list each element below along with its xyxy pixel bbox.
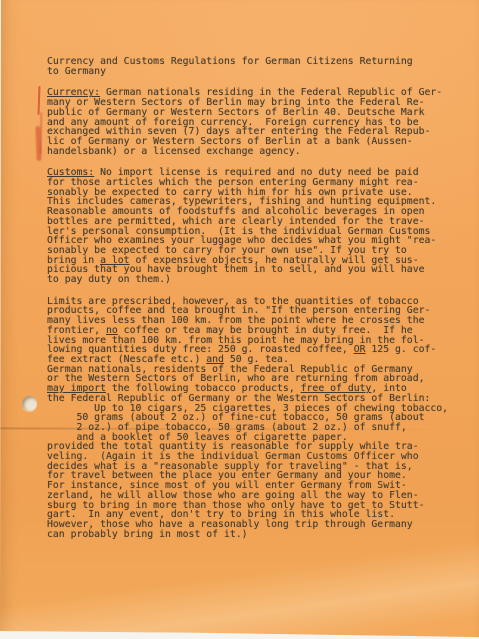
document-title: Currency and Customs Regulations for Ger… — [47, 57, 461, 76]
text-line: handelsbank) or a licensed exchange agen… — [47, 147, 461, 157]
document-body: Currency: German nationals residing in t… — [47, 88, 461, 539]
typewritten-text: Currency and Customs Regulations for Ger… — [47, 57, 461, 551]
limits-section: Limits are prescribed, however, as to th… — [47, 297, 461, 540]
text-line: can probably bring in most of it.) — [47, 530, 461, 540]
red-pencil-margin-mark — [37, 86, 40, 115]
title-line: Currency and Customs Regulations for Ger… — [47, 57, 461, 67]
currency-section: Currency: German nationals residing in t… — [47, 88, 461, 156]
punch-hole — [22, 396, 37, 411]
customs-section: Customs: No import license is required a… — [47, 168, 461, 284]
text-line: to pay duty on them.) — [47, 275, 461, 285]
title-line: to Germany — [47, 67, 461, 77]
document-page: Currency and Customs Regulations for Ger… — [0, 0, 479, 639]
